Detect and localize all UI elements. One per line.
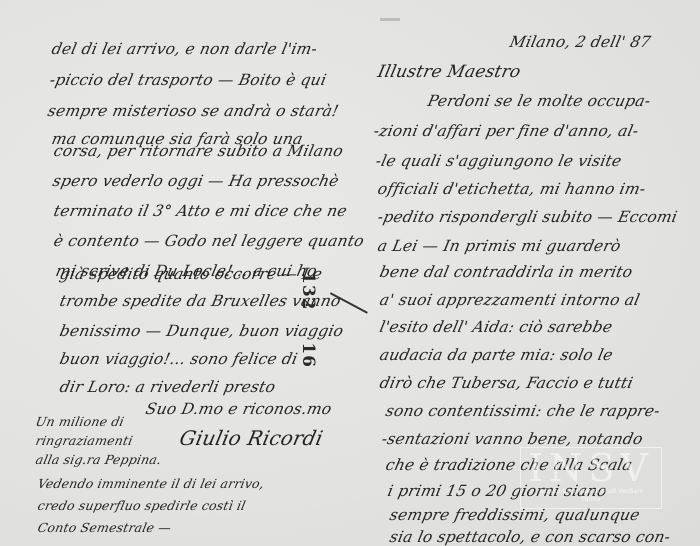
right-line: a Lei — In primis mi guarderò xyxy=(376,237,622,255)
letter-scan: del di lei arrivo, e non darle l'im- -pi… xyxy=(0,0,700,546)
right-line: i primi 15 o 20 giorni siano xyxy=(386,482,609,500)
signature: Giulio Ricordi xyxy=(177,426,325,450)
stamp-top: 132 xyxy=(298,272,318,311)
right-line: l'esito dell' Aida: ciò sarebbe xyxy=(378,318,614,336)
left-line: sempre misterioso se andrà o starà! xyxy=(46,102,340,120)
left-line: buon viaggio!... sono felice di xyxy=(58,350,299,368)
closing: Suo D.mo e riconos.mo xyxy=(144,400,333,418)
right-line: -pedito rispondergli subito — Eccomi xyxy=(376,208,679,226)
postscript-line: Un milione di xyxy=(34,414,125,429)
postscript-line: credo superfluo spedirle costì il xyxy=(36,498,247,513)
postscript-line: Vedendo imminente il di lei arrivo, xyxy=(36,476,265,491)
archive-stamp: 132 16 xyxy=(298,272,318,368)
stamp-bottom: 16 xyxy=(298,342,318,368)
left-line: del di lei arrivo, e non darle l'im- xyxy=(50,40,319,58)
left-line: è contento — Godo nel leggere quanto xyxy=(52,232,366,250)
right-line: -zioni d'affari per fine d'anno, al- xyxy=(372,122,640,140)
left-line: -piccio del trasporto — Boito è qui xyxy=(48,71,328,89)
scan-mark xyxy=(380,18,400,21)
right-line: dirò che Tubersa, Faccio e tutti xyxy=(378,374,635,392)
right-line: officiali d'etichetta, mi hanno im- xyxy=(376,180,647,198)
postscript-line: alla sig.ra Peppina. xyxy=(34,452,163,467)
right-line: sia lo spettacolo, e con scarso con- xyxy=(388,528,672,546)
right-line: Perdoni se le molte occupa- xyxy=(426,92,652,110)
right-line: audacia da parte mia: solo le xyxy=(378,346,614,364)
postscript-line: ringraziamenti xyxy=(34,433,134,448)
right-line: che è tradizione che alla Scala xyxy=(384,456,634,474)
right-line: sono contentissimi: che le rappre- xyxy=(384,402,662,420)
left-line: corsa, per ritornare subito a Milano xyxy=(52,142,345,160)
left-line: spero vederlo oggi — Ha pressochè xyxy=(51,172,341,190)
date: Milano, 2 dell' 87 xyxy=(508,33,652,51)
right-line: -le quali s'aggiungono le visite xyxy=(374,152,623,170)
right-line: -sentazioni vanno bene, notando xyxy=(380,430,645,448)
right-line: bene dal contraddirla in merito xyxy=(378,263,634,281)
right-line: a' suoi apprezzamenti intorno al xyxy=(378,291,641,309)
left-line: terminato il 3° Atto e mi dice che ne xyxy=(52,202,349,220)
left-line: già spedito quanto occorre — Le xyxy=(58,265,324,283)
salutation: Illustre Maestro xyxy=(376,62,523,82)
right-line: sempre freddissimi, qualunque xyxy=(388,506,642,524)
left-line: dir Loro: a rivederli presto xyxy=(58,378,277,396)
postscript-line: Conto Semestrale — xyxy=(36,520,172,535)
